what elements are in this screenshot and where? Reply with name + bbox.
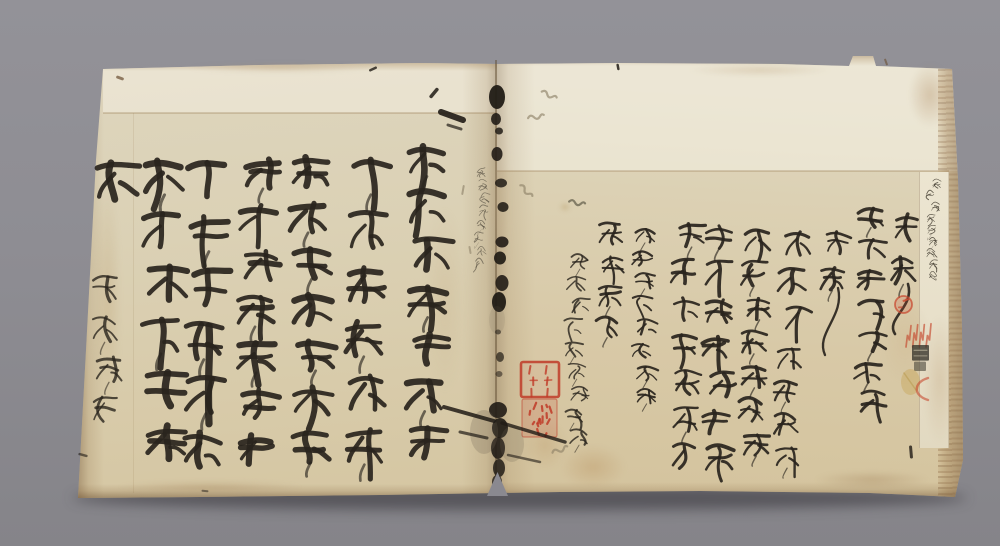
right-page-top-edge xyxy=(497,52,953,66)
right-page-crease xyxy=(497,170,949,172)
fold-shading-left xyxy=(462,60,497,494)
title-slip xyxy=(919,172,949,448)
fold-shading-right xyxy=(497,60,535,494)
left-page-top-edge xyxy=(100,58,497,71)
ink-speck xyxy=(885,60,887,65)
calligraphy-album-photo xyxy=(0,0,1000,546)
left-page-crease xyxy=(103,112,497,114)
right-page-upper-band xyxy=(497,56,963,171)
center-fold-line xyxy=(495,60,497,493)
left-page-margin-line xyxy=(133,113,134,493)
left-page-outer-edge xyxy=(76,66,104,499)
